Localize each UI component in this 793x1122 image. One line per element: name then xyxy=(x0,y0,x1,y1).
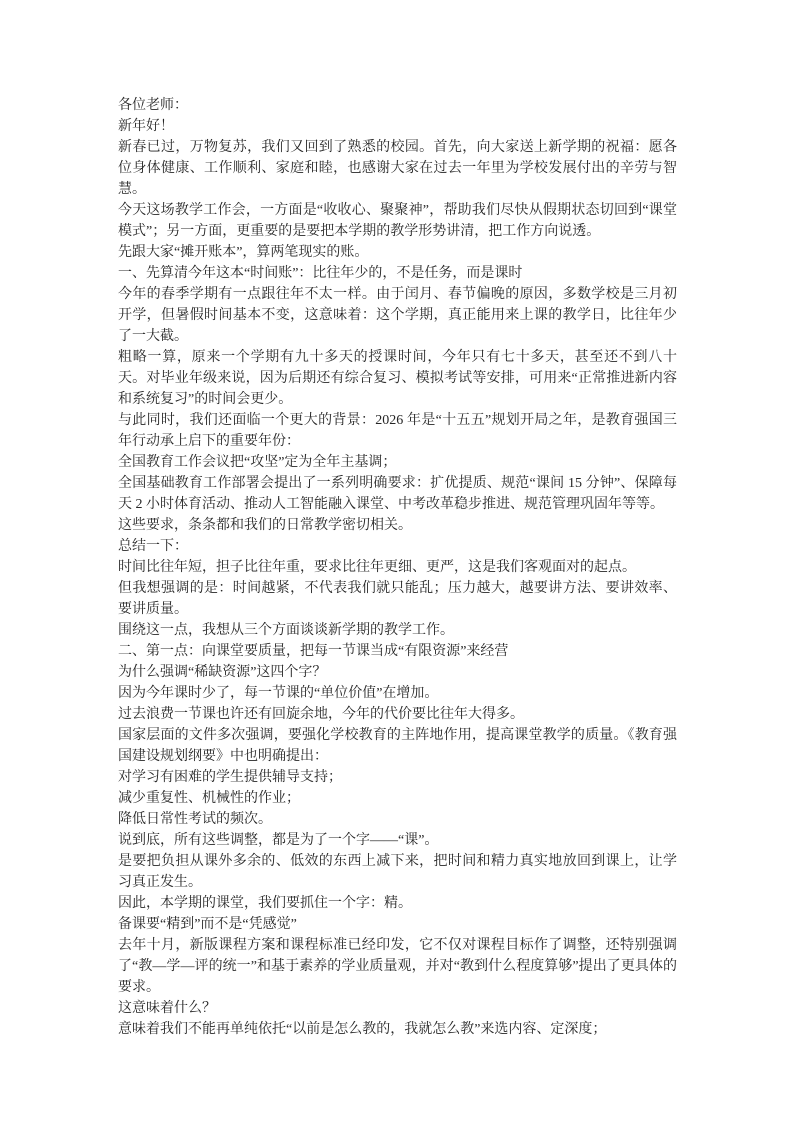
paragraph-subheading: 备课要“精到”而不是“凭感觉” xyxy=(118,914,677,935)
paragraph: 这些要求，条条都和我们的日常教学密切相关。 xyxy=(118,515,677,536)
paragraph: 新春已过，万物复苏，我们又回到了熟悉的校园。首先，向大家送上新学期的祝福：愿各位… xyxy=(118,137,677,200)
document-body: 各位老师： 新年好！ 新春已过，万物复苏，我们又回到了熟悉的校园。首先，向大家送… xyxy=(118,95,677,1040)
paragraph: 降低日常性考试的频次。 xyxy=(118,809,677,830)
paragraph: 总结一下： xyxy=(118,536,677,557)
paragraph: 时间比往年短，担子比往年重，要求比往年更细、更严，这是我们客观面对的起点。 xyxy=(118,557,677,578)
paragraph: 对学习有困难的学生提供辅导支持； xyxy=(118,767,677,788)
paragraph: 全国教育工作会议把“攻坚”定为全年主基调； xyxy=(118,452,677,473)
paragraph: 因为今年课时少了，每一节课的“单位价值”在增加。 xyxy=(118,683,677,704)
paragraph: 减少重复性、机械性的作业； xyxy=(118,788,677,809)
paragraph: 粗略一算，原来一个学期有九十多天的授课时间，今年只有七十多天，甚至还不到八十天。… xyxy=(118,347,677,410)
paragraph: 但我想强调的是：时间越紧，不代表我们就只能乱；压力越大，越要讲方法、要讲效率、要… xyxy=(118,578,677,620)
paragraph: 今天这场教学工作会，一方面是“收收心、聚聚神”，帮助我们尽快从假期状态切回到“课… xyxy=(118,200,677,242)
paragraph: 今年的春季学期有一点跟往年不太一样。由于闰月、春节偏晚的原因，多数学校是三月初开… xyxy=(118,284,677,347)
paragraph: 先跟大家“摊开账本”，算两笔现实的账。 xyxy=(118,242,677,263)
paragraph: 去年十月，新版课程方案和课程标准已经印发，它不仅对课程目标作了调整，还特别强调了… xyxy=(118,935,677,998)
paragraph: 说到底，所有这些调整，都是为了一个字——“课”。 xyxy=(118,830,677,851)
paragraph-heading-2: 二、第一点：向课堂要质量，把每一节课当成“有限资源”来经营 xyxy=(118,641,677,662)
paragraph: 为什么强调“稀缺资源”这四个字？ xyxy=(118,662,677,683)
paragraph: 各位老师： xyxy=(118,95,677,116)
paragraph: 国家层面的文件多次强调，要强化学校教育的主阵地作用，提高课堂教学的质量。《教育强… xyxy=(118,725,677,767)
paragraph-heading-1: 一、先算清今年这本“时间账”：比往年少的，不是任务，而是课时 xyxy=(118,263,677,284)
paragraph: 这意味着什么？ xyxy=(118,998,677,1019)
paragraph: 过去浪费一节课也许还有回旋余地，今年的代价要比往年大得多。 xyxy=(118,704,677,725)
paragraph: 因此，本学期的课堂，我们要抓住一个字：精。 xyxy=(118,893,677,914)
document-page: 各位老师： 新年好！ 新春已过，万物复苏，我们又回到了熟悉的校园。首先，向大家送… xyxy=(0,0,793,1122)
paragraph: 意味着我们不能再单纯依托“以前是怎么教的，我就怎么教”来选内容、定深度； xyxy=(118,1019,677,1040)
paragraph: 围绕这一点，我想从三个方面谈谈新学期的教学工作。 xyxy=(118,620,677,641)
paragraph: 新年好！ xyxy=(118,116,677,137)
paragraph: 全国基础教育工作部署会提出了一系列明确要求：扩优提质、规范“课间 15 分钟”、… xyxy=(118,473,677,515)
paragraph: 是要把负担从课外多余的、低效的东西上减下来，把时间和精力真实地放回到课上，让学习… xyxy=(118,851,677,893)
paragraph: 与此同时，我们还面临一个更大的背景：2026 年是“十五五”规划开局之年，是教育… xyxy=(118,410,677,452)
